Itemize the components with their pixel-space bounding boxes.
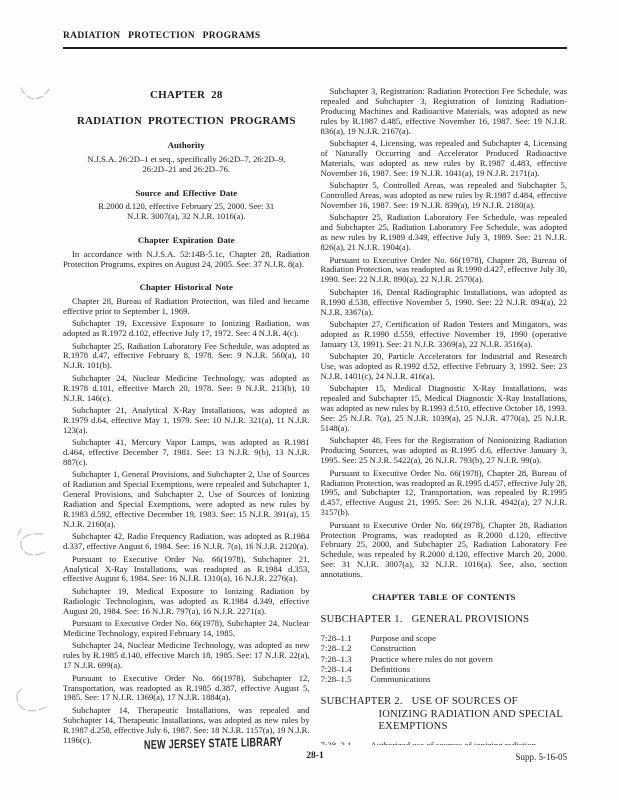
library-stamp: NEW JERSEY STATE LIBRARY <box>144 735 283 752</box>
historical-note-paragraph: Subchapter 25, Radiation Laboratory Fee … <box>321 213 568 253</box>
page-number: 28-1 <box>306 751 323 761</box>
historical-note-paragraph: Subchapter 48, Fees for the Registration… <box>321 436 568 466</box>
source-heading: Source and Effective Date <box>63 189 310 199</box>
historical-note-paragraph: Chapter 28, Bureau of Radiation Protecti… <box>63 297 310 317</box>
toc-entry: 7:28–1.3 Practice where rules do not gov… <box>321 654 568 664</box>
historical-note-paragraph: Subchapter 16, Dental Radiographic Insta… <box>321 288 568 318</box>
historical-note-paragraph: Pursuant to Executive Order No. 66(1978)… <box>63 619 310 639</box>
margin-pencil-mark <box>13 688 49 718</box>
toc-entry-label: Definitions <box>371 664 568 674</box>
toc-list-subchapter-2: 7:28–2.1 Authorized use of sources of io… <box>321 740 568 745</box>
toc-entry-label: Authorized use of sources of ionizing ra… <box>371 740 568 745</box>
historical-note-paragraph: Subchapter 42, Radio Frequency Radiation… <box>63 532 310 552</box>
authority-text: N.J.S.A. 26:2D–1 et seq., specifically 2… <box>63 155 310 175</box>
supplement-date: Supp. 5-16-05 <box>516 752 568 762</box>
historical-note-paragraph: Subchapter 4, Licensing, was repealed an… <box>321 139 568 179</box>
margin-pencil-mark <box>19 82 51 104</box>
source-text: R.2000 d.120, effective February 25, 200… <box>63 202 310 222</box>
toc-entry: 7:28–1.1 Purpose and scope <box>321 633 568 643</box>
toc-heading: CHAPTER TABLE OF CONTENTS <box>321 593 568 603</box>
historical-note-paragraph: Pursuant to Executive Order No. 66(1978)… <box>321 521 568 580</box>
toc-entry-number: 7:28–1.4 <box>321 664 371 674</box>
historical-note-paragraph: Subchapter 24, Nuclear Medicine Technolo… <box>63 374 310 404</box>
historical-note-paragraph: Pursuant to Executive Order No. 66(1978)… <box>321 469 568 519</box>
subchapter-1-title: GENERAL PROVISIONS <box>412 614 530 625</box>
toc-entry-number: 7:28–1.3 <box>321 654 371 664</box>
expiration-heading: Chapter Expiration Date <box>63 236 310 246</box>
toc-entry-label: Purpose and scope <box>371 633 568 643</box>
subchapter-2-number: SUBCHAPTER 2. <box>321 696 403 707</box>
toc-entry-number: 7:28–2.1 <box>321 740 371 745</box>
toc-list-subchapter-1: 7:28–1.1 Purpose and scope 7:28–1.2 Cons… <box>321 633 568 685</box>
historical-note-paragraph: Subchapter 25, Radiation Laboratory Fee … <box>63 342 310 372</box>
toc-entry: 7:28–1.5 Communications <box>321 674 568 684</box>
toc-entry-label: Communications <box>371 674 568 684</box>
toc-entry-label: Construction <box>371 643 568 653</box>
page: RADIATION PROTECTION PROGRAMS CHAPTER 28… <box>0 0 618 800</box>
toc-entry-number: 7:28–1.2 <box>321 643 371 653</box>
chapter-title: RADIATION PROTECTION PROGRAMS <box>63 117 310 127</box>
margin-pencil-mark <box>15 528 49 558</box>
historical-note-paragraph: Subchapter 27, Certification of Radon Te… <box>321 320 568 350</box>
historical-note-paragraph: Subchapter 15, Medical Diagnostic X-Ray … <box>321 384 568 434</box>
running-header: RADIATION PROTECTION PROGRAMS <box>63 31 567 49</box>
historical-note-paragraph: Subchapter 5, Controlled Areas, was repe… <box>321 181 568 211</box>
subchapter-1-heading: SUBCHAPTER 1.GENERAL PROVISIONS <box>321 614 568 627</box>
historical-note-paragraph: Pursuant to Executive Order No. 66(1978)… <box>321 256 568 286</box>
toc-entry: 7:28–2.1 Authorized use of sources of io… <box>321 740 568 745</box>
page-footer: 28-1 Supp. 5-16-05 <box>63 751 567 765</box>
subchapter-2-heading: SUBCHAPTER 2.USE OF SOURCES OF IONIZING … <box>321 696 568 734</box>
right-column: Subchapter 3, Registration: Radiation Pr… <box>321 87 568 745</box>
page-body: CHAPTER 28 RADIATION PROTECTION PROGRAMS… <box>63 87 567 745</box>
toc-entry-number: 7:28–1.1 <box>321 633 371 643</box>
toc-entry-label: Practice where rules do not govern <box>371 654 568 664</box>
expiration-text: In accordance with N.J.S.A. 52:14B-5.1c,… <box>63 250 310 270</box>
historical-note-paragraph: Subchapter 41, Mercury Vapor Lamps, was … <box>63 438 310 468</box>
historical-note-paragraph: Pursuant to Executive Order No. 66(1978)… <box>63 674 310 704</box>
historical-note-paragraph: Subchapter 19, Excessive Exposure to Ion… <box>63 319 310 339</box>
subchapter-1-number: SUBCHAPTER 1. <box>321 614 403 625</box>
historical-note-paragraph: Subchapter 21, Analytical X-Ray Installa… <box>63 406 310 436</box>
authority-heading: Authority <box>63 141 310 151</box>
historical-note-paragraph: Subchapter 19, Medical Exposure to Ioniz… <box>63 587 310 617</box>
left-column: CHAPTER 28 RADIATION PROTECTION PROGRAMS… <box>63 87 310 745</box>
historical-note-paragraph: Pursuant to Executive Order No. 66(1978)… <box>63 555 310 585</box>
historical-note-heading: Chapter Historical Note <box>63 283 310 293</box>
historical-note-paragraph: Subchapter 3, Registration: Radiation Pr… <box>321 87 568 137</box>
toc-entry-number: 7:28–1.5 <box>321 674 371 684</box>
historical-note-paragraph: Subchapter 24, Nuclear Medicine Technolo… <box>63 641 310 671</box>
toc-entry: 7:28–1.4 Definitions <box>321 664 568 674</box>
subchapter-2-title: USE OF SOURCES OF IONIZING RADIATION AND… <box>379 696 563 733</box>
historical-note-paragraph: Subchapter 1, General Provisions, and Su… <box>63 470 310 529</box>
historical-note-paragraph: Subchapter 20, Particle Accelerators for… <box>321 352 568 382</box>
toc-entry: 7:28–1.2 Construction <box>321 643 568 653</box>
chapter-number: CHAPTER 28 <box>63 91 310 101</box>
